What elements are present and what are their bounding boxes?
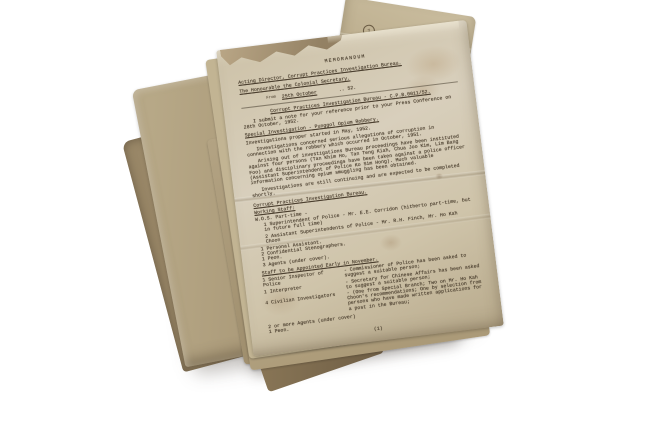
memo-body: MEMORANDUMActing Director, Corrupt Pract… <box>237 44 487 346</box>
memo-page: MEMORANDUMActing Director, Corrupt Pract… <box>216 20 504 356</box>
photo-of-document-stack: 1 MEMORANDUMActing Director, Corrupt Pra… <box>0 0 645 430</box>
